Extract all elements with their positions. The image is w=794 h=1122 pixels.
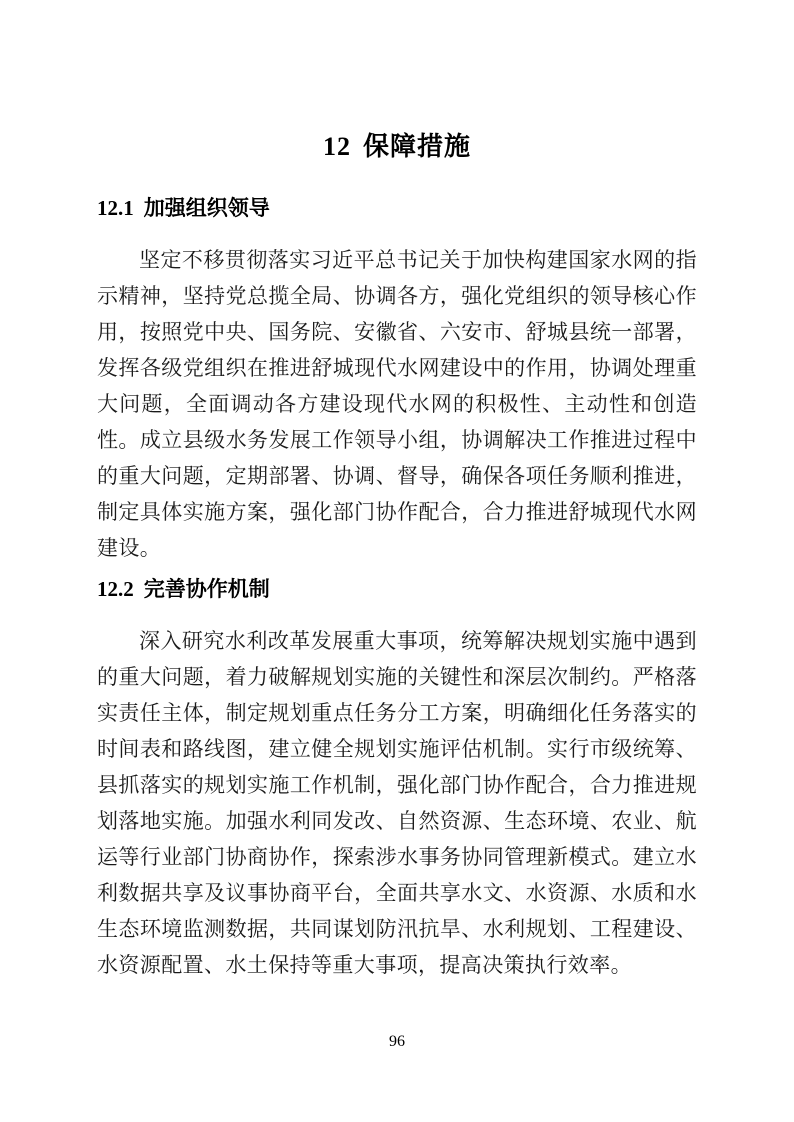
- section-number: 12.1: [97, 196, 134, 220]
- section-12-1-paragraph: 坚定不移贯彻落实习近平总书记关于加快构建国家水网的指示精神，坚持党总揽全局、协调…: [97, 242, 697, 566]
- page-number-footer: 96: [0, 1032, 794, 1052]
- section-heading-text: 加强组织领导: [144, 197, 270, 220]
- section-heading-text: 完善协作机制: [144, 578, 270, 601]
- section-heading-12-1: 12.1加强组织领导: [97, 193, 697, 224]
- page-content: 12保障措施 12.1加强组织领导 坚定不移贯彻落实习近平总书记关于加快构建国家…: [97, 0, 697, 983]
- section-12-2-paragraph: 深入研究水利改革发展重大事项，统筹解决规划实施中遇到的重大问题，着力破解规划实施…: [97, 623, 697, 983]
- chapter-number: 12: [323, 132, 351, 161]
- chapter-title-text: 保障措施: [363, 131, 471, 161]
- section-number: 12.2: [97, 577, 134, 601]
- document-page: 12保障措施 12.1加强组织领导 坚定不移贯彻落实习近平总书记关于加快构建国家…: [0, 0, 794, 1122]
- section-heading-12-2: 12.2完善协作机制: [97, 574, 697, 605]
- chapter-title: 12保障措施: [97, 128, 697, 165]
